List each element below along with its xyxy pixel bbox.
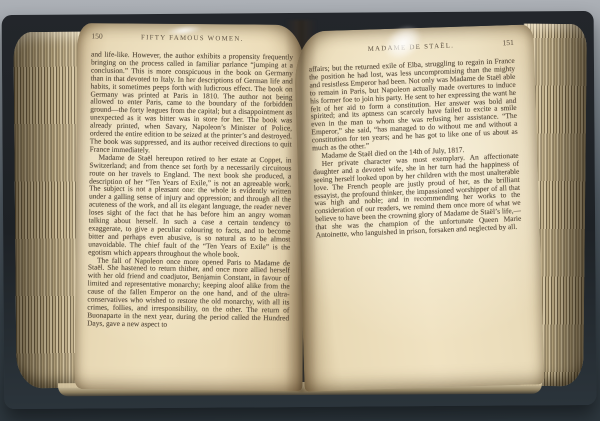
left-paragraph-2: Madame de Staël hereupon retired to her … <box>88 153 292 259</box>
right-page-text: MADAME DE STAËL. 151 affairs; but the re… <box>308 38 522 239</box>
right-paragraph-1: affairs; but the returned exile of Elba,… <box>309 57 518 153</box>
left-paragraph-1: and life-like. However, the author exhib… <box>90 51 294 157</box>
right-page: MADAME DE STAËL. 151 affairs; but the re… <box>293 24 544 391</box>
photo-of-open-book: 150 FIFTY FAMOUS WOMEN. and life-like. H… <box>0 0 600 421</box>
right-paragraph-3: Her private character was most exemplary… <box>313 152 522 240</box>
left-page-header: 150 FIFTY FAMOUS WOMEN. <box>91 32 293 44</box>
left-paragraph-3: The fall of Napoleon once more opened Pa… <box>87 256 290 330</box>
right-page-number: 151 <box>488 38 514 48</box>
left-page: 150 FIFTY FAMOUS WOMEN. and life-like. H… <box>74 23 305 391</box>
right-header-spacer <box>308 52 334 53</box>
left-running-header: FIFTY FAMOUS WOMEN. <box>117 34 267 43</box>
left-page-text: 150 FIFTY FAMOUS WOMEN. and life-like. H… <box>87 32 293 331</box>
right-page-header: MADAME DE STAËL. 151 <box>308 38 514 56</box>
right-running-header: MADAME DE STAËL. <box>334 41 488 54</box>
left-page-number: 150 <box>91 32 117 41</box>
